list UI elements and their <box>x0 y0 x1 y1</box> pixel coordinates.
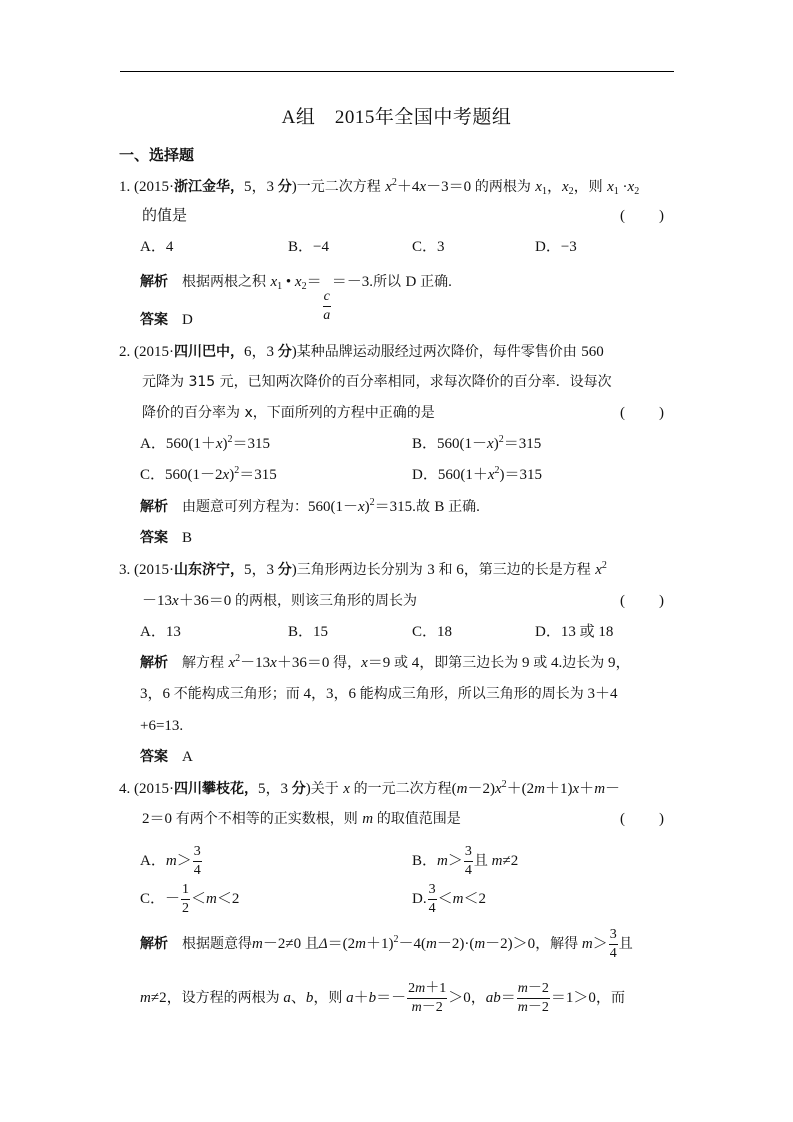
answer-blank: () <box>620 591 664 611</box>
option-a: A．m＞34 <box>140 845 203 878</box>
option-d: D．−3 <box>535 237 577 257</box>
question-2-line-3: 降价的百分率为 x，下面所列的方程中正确的是 <box>142 403 435 423</box>
answer-blank: () <box>620 403 664 423</box>
answer-blank: () <box>620 809 664 829</box>
answer: 答案B <box>140 528 192 548</box>
analysis-label: 解析 <box>140 655 168 671</box>
answer: 答案D <box>140 310 193 330</box>
question-number: 3. <box>119 562 130 578</box>
question-2-line-1: 2. (2015·四川巴中，6，3 分)某种品牌运动服经过两次降价，每件零售价由… <box>119 342 604 362</box>
question-1-line-1: 1. (2015·浙江金华，5，3 分)一元二次方程 x2＋4x－3＝0 的两根… <box>119 177 639 197</box>
answer: 答案A <box>140 747 193 767</box>
question-1-line-2: 的值是 <box>142 206 187 226</box>
option-b: B．−4 <box>288 237 329 257</box>
answer-label: 答案 <box>140 530 168 546</box>
option-b: B．560(1－x)2＝315 <box>412 434 541 454</box>
analysis-line-1: 解析解方程 x2－13x＋36＝0 得，x＝9 或 4，即第三边长为 9 或 4… <box>140 653 631 673</box>
answer-label: 答案 <box>140 312 168 328</box>
option-d: D．13 或 18 <box>535 622 613 642</box>
option-a: A．560(1＋x)2＝315 <box>140 434 270 454</box>
option-d: D．560(1＋x2)＝315 <box>412 465 542 485</box>
question-number: 2. <box>119 344 130 360</box>
analysis-line-2: m≠2，设方程的两根为 a、b，则 a＋b＝－2m＋1m－2＞0，ab＝m－2m… <box>140 982 625 1015</box>
section-heading: 一、选择题 <box>119 144 194 165</box>
question-4-line-1: 4. (2015·四川攀枝花，5，3 分)关于 x 的一元二次方程(m－2)x2… <box>119 779 620 799</box>
answer-value: A <box>182 749 193 765</box>
analysis-label: 解析 <box>140 936 168 952</box>
answer-label: 答案 <box>140 749 168 765</box>
analysis-line-2: 3，6 不能构成三角形；而 4，3，6 能构成三角形，所以三角形的周长为 3＋4 <box>140 684 618 704</box>
question-4-line-2: 2＝0 有两个不相等的正实数根，则 m 的取值范围是 <box>142 809 461 829</box>
option-c: C．3 <box>412 237 445 257</box>
question-number: 1. <box>119 179 130 195</box>
question-3-line-1: 3. (2015·山东济宁，5，3 分)三角形两边长分别为 3 和 6，第三边的… <box>119 560 607 580</box>
option-c: C．－12＜m＜2 <box>140 883 239 916</box>
analysis: 解析由题意可列方程为：560(1－x)2＝315.故 B 正确. <box>140 497 480 517</box>
option-a: A．4 <box>140 237 173 257</box>
page-title: A组 2015年全国中考题组 <box>0 102 793 129</box>
analysis-label: 解析 <box>140 274 168 290</box>
header-rule <box>120 71 674 72</box>
answer-value: B <box>182 530 192 546</box>
question-number: 4. <box>119 781 130 797</box>
analysis-line-1: 解析根据题意得m－2≠0 且Δ＝(2m＋1)2－4(m－2)·(m－2)＞0，解… <box>140 928 633 961</box>
answer-value: D <box>182 312 193 328</box>
answer-blank: () <box>620 206 664 226</box>
option-c: C．18 <box>412 622 452 642</box>
question-2-line-2: 元降为 315 元，已知两次降价的百分率相同，求每次降价的百分率．设每次 <box>142 372 612 392</box>
analysis-line-3: +6=13. <box>140 716 183 736</box>
option-b: B．m＞34且 m≠2 <box>412 845 518 878</box>
analysis-label: 解析 <box>140 499 168 515</box>
question-3-line-2: －13x＋36＝0 的两根，则该三角形的周长为 <box>142 591 417 611</box>
option-b: B．15 <box>288 622 328 642</box>
option-d: D.34＜m＜2 <box>412 883 486 916</box>
option-a: A．13 <box>140 622 181 642</box>
option-c: C．560(1－2x)2＝315 <box>140 465 277 485</box>
